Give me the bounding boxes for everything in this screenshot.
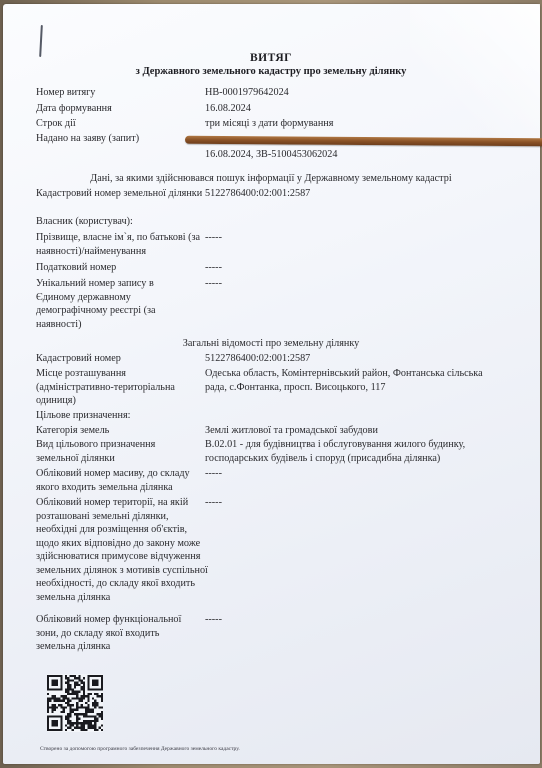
field-value: Землі житлової та громадської забудови (205, 424, 525, 438)
field-label: Дата формування (36, 102, 204, 116)
field-label: Обліковий номер функціональної зони, до … (36, 613, 196, 654)
field-value: ----- (205, 613, 525, 627)
field-label: Обліковий номер масиву, до складу якого … (36, 467, 208, 494)
field-label: Обліковий номер території, на якій розта… (36, 496, 208, 604)
field-value: ----- (205, 277, 525, 291)
field-value: три місяці з дати формування (205, 117, 525, 131)
field-label: Строк дії (36, 117, 204, 131)
field-label: Власник (користувач): (36, 215, 204, 229)
field-value: В.02.01 - для будівництва і обслуговуван… (205, 438, 525, 465)
field-value: 16.08.2024, ЗВ-5100453062024 (205, 148, 525, 162)
field-label: Цільове призначення: (36, 409, 204, 423)
footer-note: Створено за допомогою програмного забезп… (40, 746, 240, 752)
field-value: НВ-0001979642024 (205, 86, 525, 100)
field-label: Вид цільового призначення земельної діля… (36, 438, 186, 465)
field-label: Податковий номер (36, 261, 204, 275)
search-section-heading: Дані, за якими здійснювався пошук інформ… (0, 173, 542, 184)
field-value: ----- (205, 261, 525, 275)
field-label: Кадастровий номер земельної ділянки (36, 187, 204, 201)
field-label: Надано на заяву (запит) (36, 132, 204, 146)
field-label: Прізвище, власне ім`я, по батькові (за н… (36, 231, 208, 258)
general-section-heading: Загальні відомості про земельну ділянку (0, 338, 542, 349)
field-value: ----- (205, 496, 525, 510)
field-label: Категорія земель (36, 424, 204, 438)
field-label: Кадастровий номер (36, 352, 204, 366)
field-label: Номер витягу (36, 86, 204, 100)
field-value: 16.08.2024 (205, 102, 525, 116)
document-subtitle: з Державного земельного кадастру про зем… (0, 66, 542, 77)
field-label: Унікальний номер запису в Єдиному держав… (36, 277, 168, 331)
field-value: ----- (205, 231, 525, 245)
field-value: 5122786400:02:001:2587 (205, 352, 525, 366)
document-title: ВИТЯГ (0, 52, 542, 64)
field-label: Місце розташування (адміністративно-тери… (36, 367, 204, 408)
field-value: 5122786400:02:001:2587 (205, 187, 525, 201)
qr-code-icon[interactable] (47, 674, 103, 732)
field-value: ----- (205, 467, 525, 481)
field-value: Одеська область, Комінтернівський район,… (205, 367, 490, 394)
